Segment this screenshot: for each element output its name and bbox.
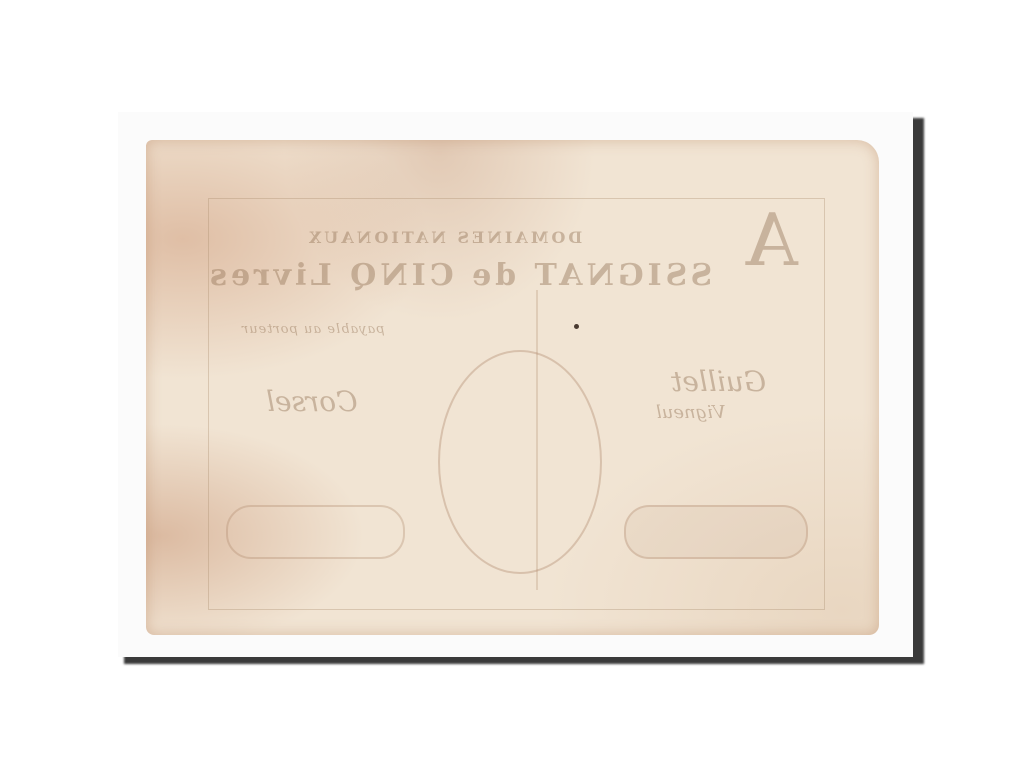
fold-line xyxy=(536,290,538,590)
payable-text: payable au porteur xyxy=(241,322,385,337)
cartouche-right xyxy=(624,505,808,559)
signature-center: Vigneul xyxy=(656,402,726,423)
denomination-text: SSIGNAT de CINQ Livres xyxy=(206,258,712,293)
banknote: DOMAINES NATIONAUX SSIGNAT de CINQ Livre… xyxy=(146,140,879,635)
initial-letter: A xyxy=(746,198,798,282)
watermark-oval xyxy=(438,350,602,574)
signature-left: Corsel xyxy=(266,385,358,418)
header-text: DOMAINES NATIONAUX xyxy=(306,228,582,247)
signature-right: Guillet xyxy=(671,365,766,398)
cartouche-left xyxy=(226,505,405,559)
ink-spot xyxy=(574,324,579,329)
